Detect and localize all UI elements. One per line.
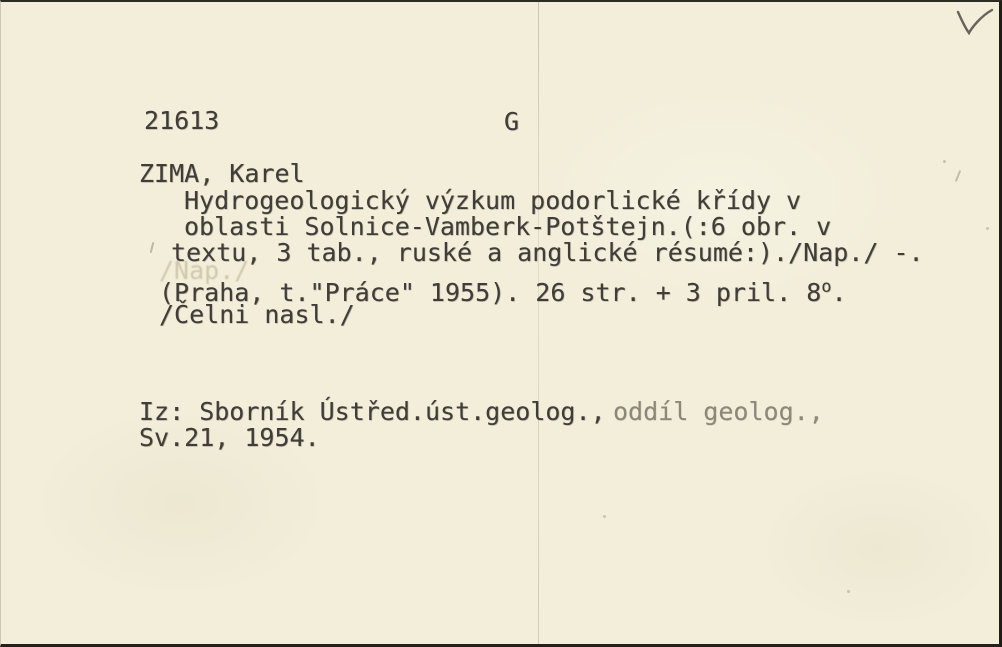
stray-ink-mark [955,170,961,182]
title-line-3: textu, 3 tab., ruské a anglické résumé:)… [171,240,924,265]
catalog-number: 21613 [144,108,219,133]
stray-ink-mark [150,242,155,253]
classification-letter: G [504,109,519,134]
paper-crease [538,2,539,647]
source-line-1-light: oddíl geolog., [613,399,824,424]
title-line-1: Hydrogeologický výzkum podorlické křídy … [184,188,801,213]
source-line-2: Sv.21, 1954. [139,425,320,450]
title-line-2: oblasti Solnice-Vamberk-Potštejn.(:6 obr… [184,214,831,239]
paper-speck [986,227,989,230]
source-line-1: Iz: Sborník Ústřed.úst.geolog., [139,399,606,424]
catalog-card: 21613 G ZIMA, Karel Hydrogeologický výzk… [0,0,1002,647]
note-line: /Čelni nasl./ [159,302,355,327]
paper-speck [943,160,946,163]
imprint-tail: . [832,278,847,307]
paper-speck [603,515,606,518]
checkmark-icon [954,7,996,39]
paper-speck [847,590,850,593]
imprint-superscript: o [821,277,831,297]
author-heading: ZIMA, Karel [139,161,305,186]
